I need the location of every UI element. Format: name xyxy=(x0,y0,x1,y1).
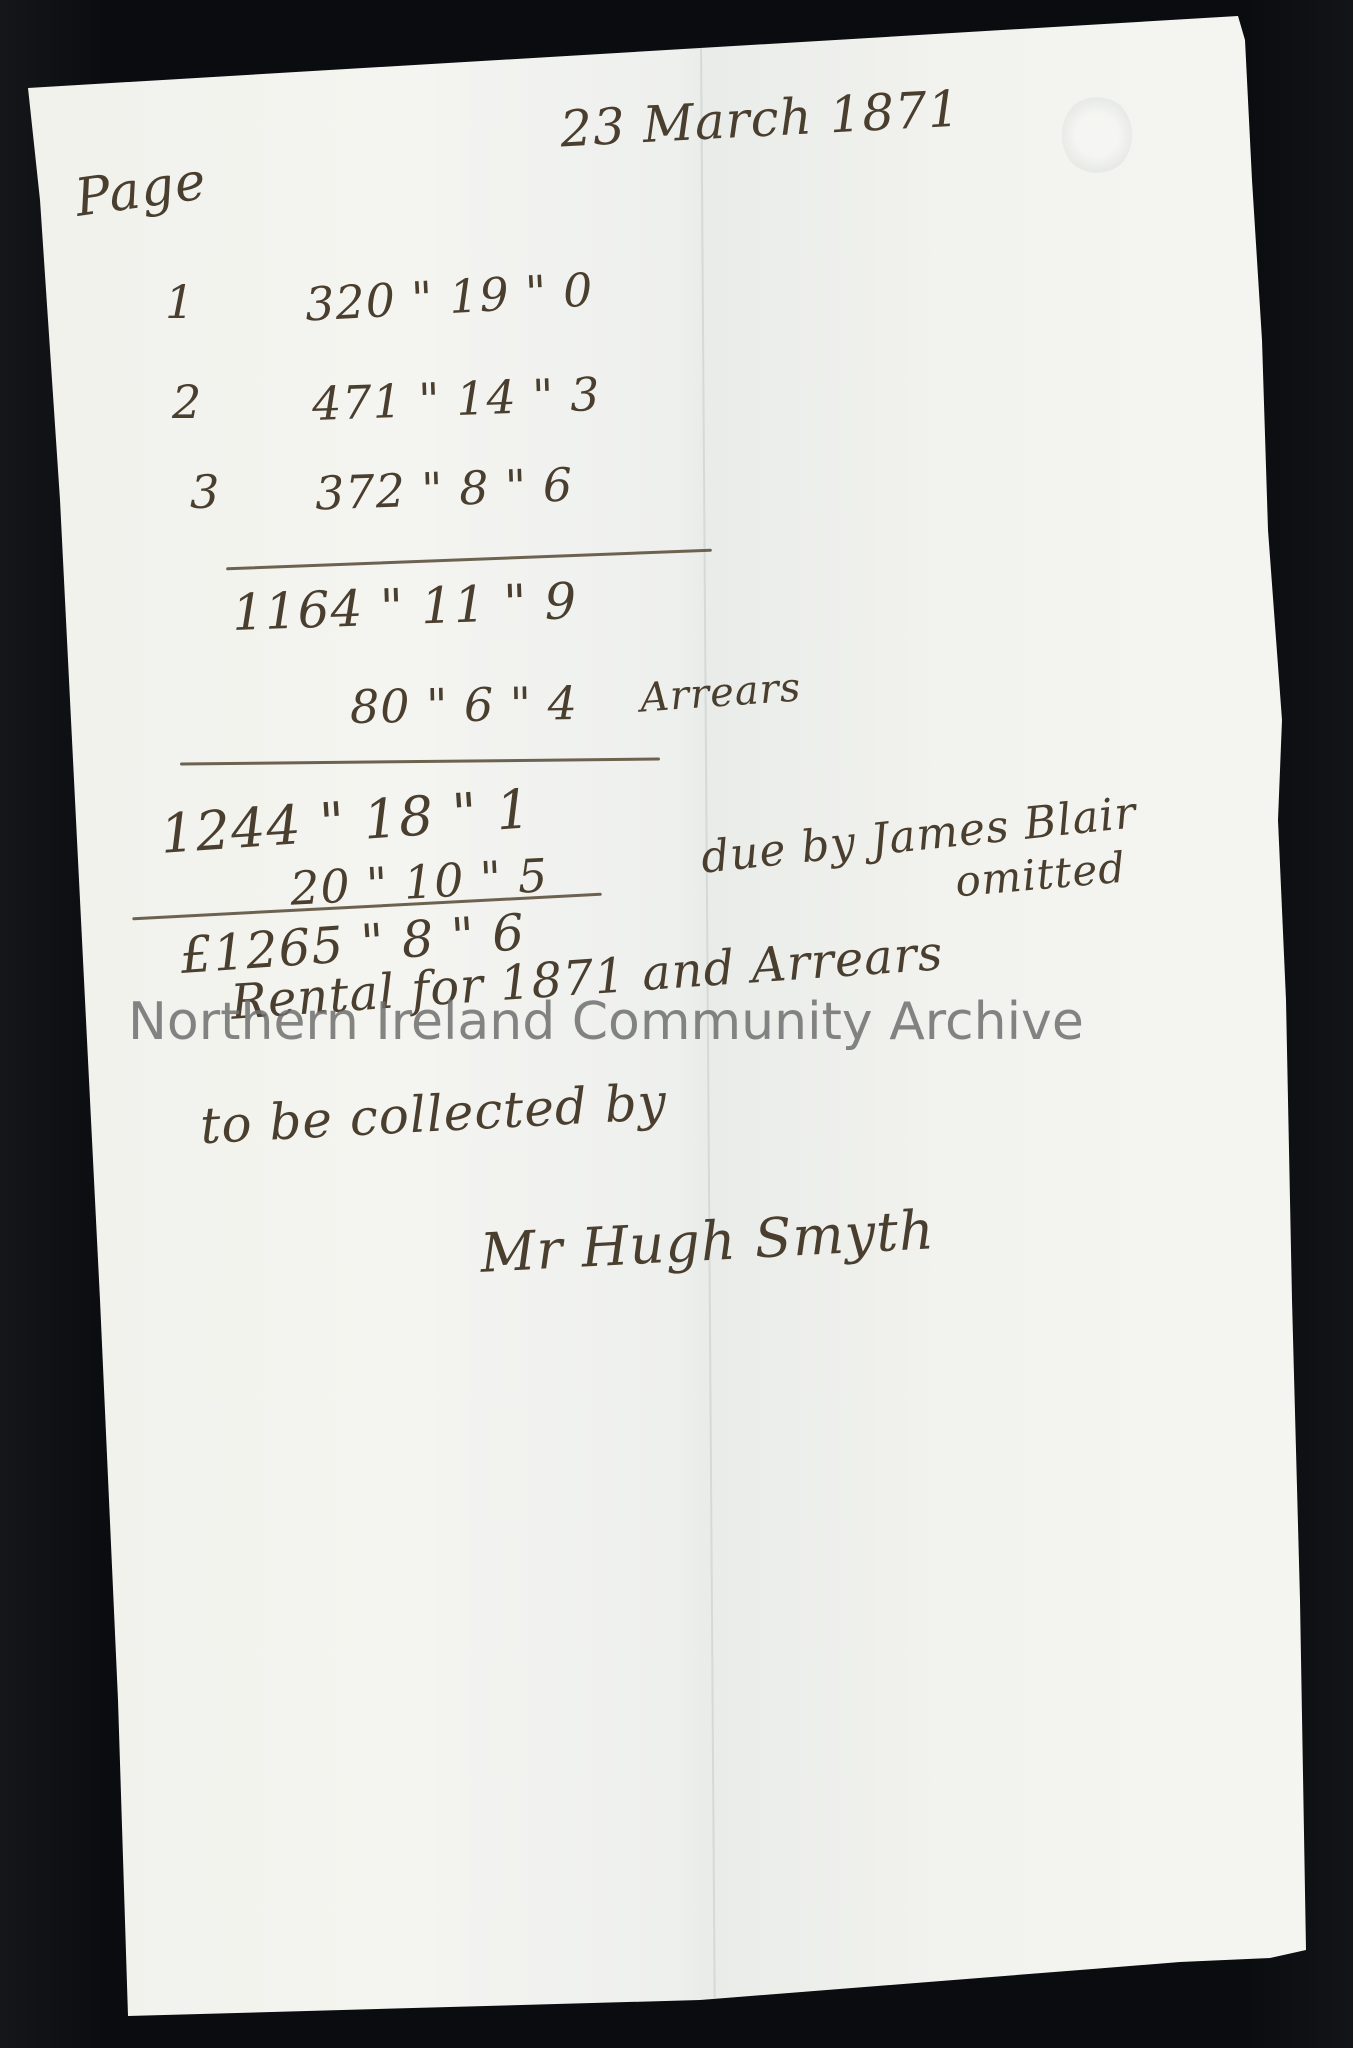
entry-page-number: 2 xyxy=(172,375,202,429)
entry-amount: 372 " 8 " 6 xyxy=(314,458,574,521)
entry-page-number: 1 xyxy=(165,275,195,329)
archive-watermark: Northern Ireland Community Archive xyxy=(128,992,1084,1052)
subtotal-amount: 1164 " 11 " 9 xyxy=(231,572,578,642)
arrears-amount: 80 " 6 " 4 xyxy=(350,676,579,734)
entry-amount: 471 " 14 " 3 xyxy=(311,367,601,431)
entry-page-number: 3 xyxy=(190,465,220,519)
embossed-seal xyxy=(1062,95,1132,175)
